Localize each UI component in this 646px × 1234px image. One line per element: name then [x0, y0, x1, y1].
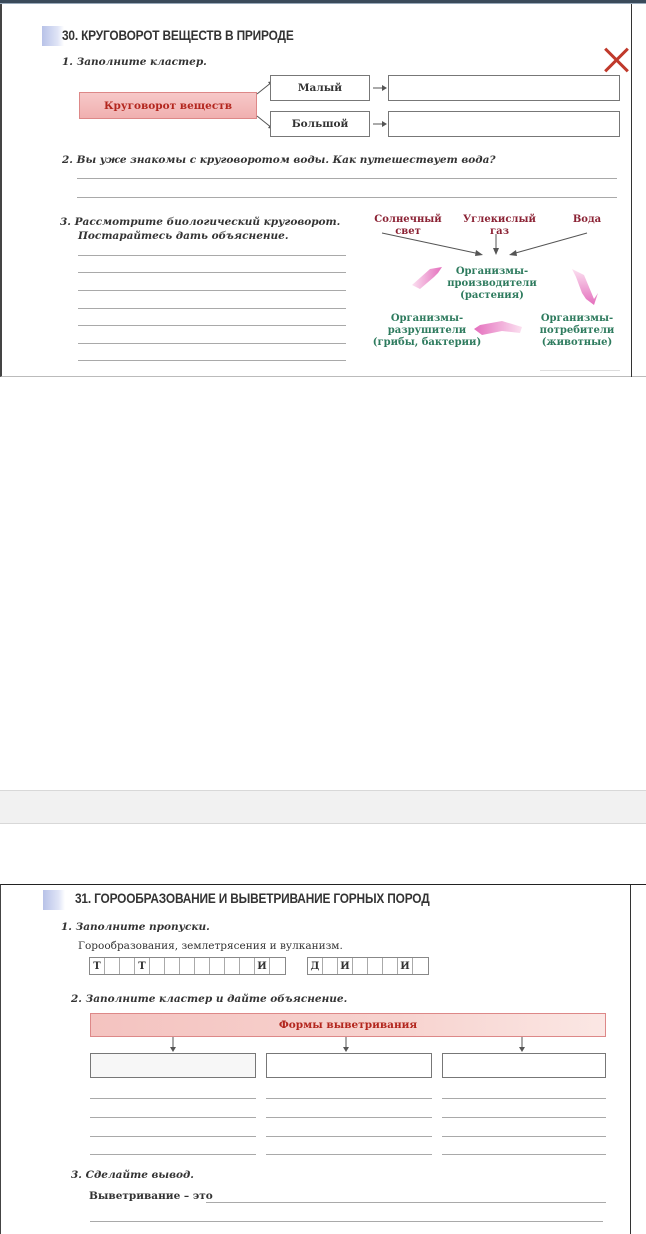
answer-line[interactable] [90, 1136, 256, 1137]
answer-line[interactable] [90, 1154, 256, 1155]
task3-label-line1: 3. Рассмотрите биологический круговорот. [60, 216, 340, 228]
consumers-label: Организмы- потребители (животные) [532, 313, 622, 349]
letter-cell[interactable] [180, 958, 195, 974]
input-water: Вода [562, 214, 612, 226]
page-border [630, 885, 631, 1234]
task3-label-line2: Постарайтесь дать объяснение. [78, 230, 289, 242]
branch-large: Большой [270, 111, 370, 137]
letter-cell[interactable] [105, 958, 120, 974]
letter-cell[interactable] [383, 958, 398, 974]
answer-line[interactable] [78, 308, 346, 309]
task1-label: 1. Заполните кластер. [62, 56, 207, 68]
answer-line[interactable] [78, 343, 346, 344]
viewer-separator [0, 790, 646, 824]
title-marker [42, 26, 64, 46]
answer-line[interactable] [442, 1136, 606, 1137]
letter-cell[interactable] [195, 958, 210, 974]
cluster-answer-3[interactable] [442, 1053, 606, 1078]
letter-cell[interactable]: И [338, 958, 353, 974]
letter-cell[interactable] [210, 958, 225, 974]
branch-small: Малый [270, 75, 370, 101]
cluster-root: Формы выветривания [90, 1013, 606, 1037]
answer-line[interactable] [442, 1098, 606, 1099]
cluster-root: Круговорот веществ [79, 92, 257, 119]
answer-line[interactable] [78, 272, 346, 273]
letter-cell[interactable] [413, 958, 428, 974]
worksheet-page-31: 31. ГОРООБРАЗОВАНИЕ И ВЫВЕТРИВАНИЕ ГОРНЫ… [0, 884, 646, 1234]
task1-hint: Горообразования, землетрясения и вулкани… [78, 940, 343, 952]
answer-line[interactable] [266, 1117, 432, 1118]
conclusion-prompt: Выветривание – это [89, 1190, 213, 1202]
letter-cell[interactable] [323, 958, 338, 974]
answer-line[interactable] [78, 290, 346, 291]
answer-line[interactable] [78, 325, 346, 326]
task1-label: 1. Заполните пропуски. [61, 921, 210, 933]
letter-cell[interactable]: И [398, 958, 413, 974]
answer-line[interactable] [266, 1154, 432, 1155]
cluster-answer-1[interactable] [90, 1053, 256, 1078]
letter-cell[interactable] [150, 958, 165, 974]
answer-line[interactable] [266, 1098, 432, 1099]
answer-line[interactable] [266, 1136, 432, 1137]
letter-cell[interactable]: Д [308, 958, 323, 974]
letter-cell[interactable] [270, 958, 285, 974]
answer-line[interactable] [442, 1154, 606, 1155]
decomposers-label: Организмы- разрушители (грибы, бактерии) [372, 313, 482, 349]
answer-field-large[interactable] [388, 111, 620, 137]
page-border [631, 4, 632, 377]
answer-line[interactable] [77, 178, 617, 179]
letter-cell[interactable]: И [255, 958, 270, 974]
task2-label: 2. Заполните кластер и дайте объяснение. [71, 993, 347, 1005]
answer-line[interactable] [206, 1202, 606, 1203]
letter-cell[interactable]: Т [135, 958, 150, 974]
answer-line [540, 370, 620, 371]
task2-label: 2. Вы уже знакомы с круговоротом воды. К… [62, 154, 496, 166]
answer-line[interactable] [442, 1117, 606, 1118]
letter-cell[interactable] [225, 958, 240, 974]
letter-cell[interactable] [368, 958, 383, 974]
close-icon[interactable] [602, 44, 630, 74]
answer-field-small[interactable] [388, 75, 620, 101]
page-title: 30. КРУГОВОРОТ ВЕЩЕСТВ В ПРИРОДЕ [62, 28, 294, 43]
letter-cells-word1[interactable]: ТТИ [89, 957, 286, 975]
producers-label: Организмы- производители (растения) [442, 266, 542, 302]
page-title: 31. ГОРООБРАЗОВАНИЕ И ВЫВЕТРИВАНИЕ ГОРНЫ… [75, 891, 430, 906]
answer-line[interactable] [77, 197, 617, 198]
worksheet-page-30: 30. КРУГОВОРОТ ВЕЩЕСТВ В ПРИРОДЕ 1. Запо… [0, 4, 646, 377]
answer-line[interactable] [90, 1221, 603, 1222]
letter-cell[interactable] [353, 958, 368, 974]
title-marker [43, 890, 65, 910]
letter-cell[interactable] [240, 958, 255, 974]
cluster-answer-2[interactable] [266, 1053, 432, 1078]
answer-arrows [372, 82, 388, 132]
answer-line[interactable] [90, 1117, 256, 1118]
answer-line[interactable] [78, 255, 346, 256]
answer-line[interactable] [90, 1098, 256, 1099]
letter-cell[interactable]: Т [90, 958, 105, 974]
letter-cell[interactable] [165, 958, 180, 974]
letter-cell[interactable] [120, 958, 135, 974]
answer-line[interactable] [78, 360, 346, 361]
task3-label: 3. Сделайте вывод. [71, 1169, 194, 1181]
letter-cells-word2[interactable]: ДИИ [307, 957, 429, 975]
